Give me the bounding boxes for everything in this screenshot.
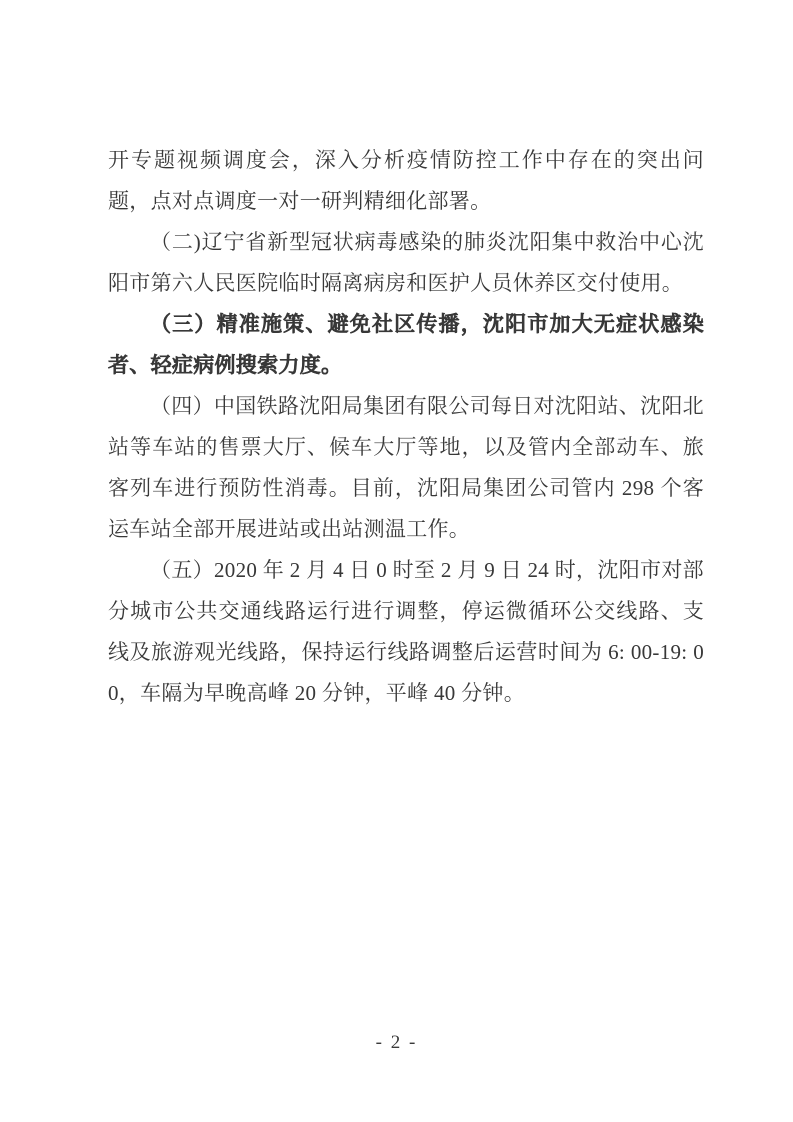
paragraph-item-3: （三）精准施策、避免社区传播，沈阳市加大无症状感染者、轻症病例搜索力度。 (108, 304, 704, 386)
paragraph-item-4: （四）中国铁路沈阳局集团有限公司每日对沈阳站、沈阳北站等车站的售票大厅、候车大厅… (108, 386, 704, 550)
paragraph-item-5: （五）2020 年 2 月 4 日 0 时至 2 月 9 日 24 时，沈阳市对… (108, 550, 704, 714)
document-page: 开专题视频调度会，深入分析疫情防控工作中存在的突出问题，点对点调度一对一研判精细… (0, 0, 793, 1122)
paragraph-continuation: 开专题视频调度会，深入分析疫情防控工作中存在的突出问题，点对点调度一对一研判精细… (108, 140, 704, 222)
page-number: - 2 - (0, 1032, 793, 1054)
paragraph-item-2: （二)辽宁省新型冠状病毒感染的肺炎沈阳集中救治中心沈阳市第六人民医院临时隔离病房… (108, 222, 704, 304)
document-body: 开专题视频调度会，深入分析疫情防控工作中存在的突出问题，点对点调度一对一研判精细… (108, 140, 704, 714)
